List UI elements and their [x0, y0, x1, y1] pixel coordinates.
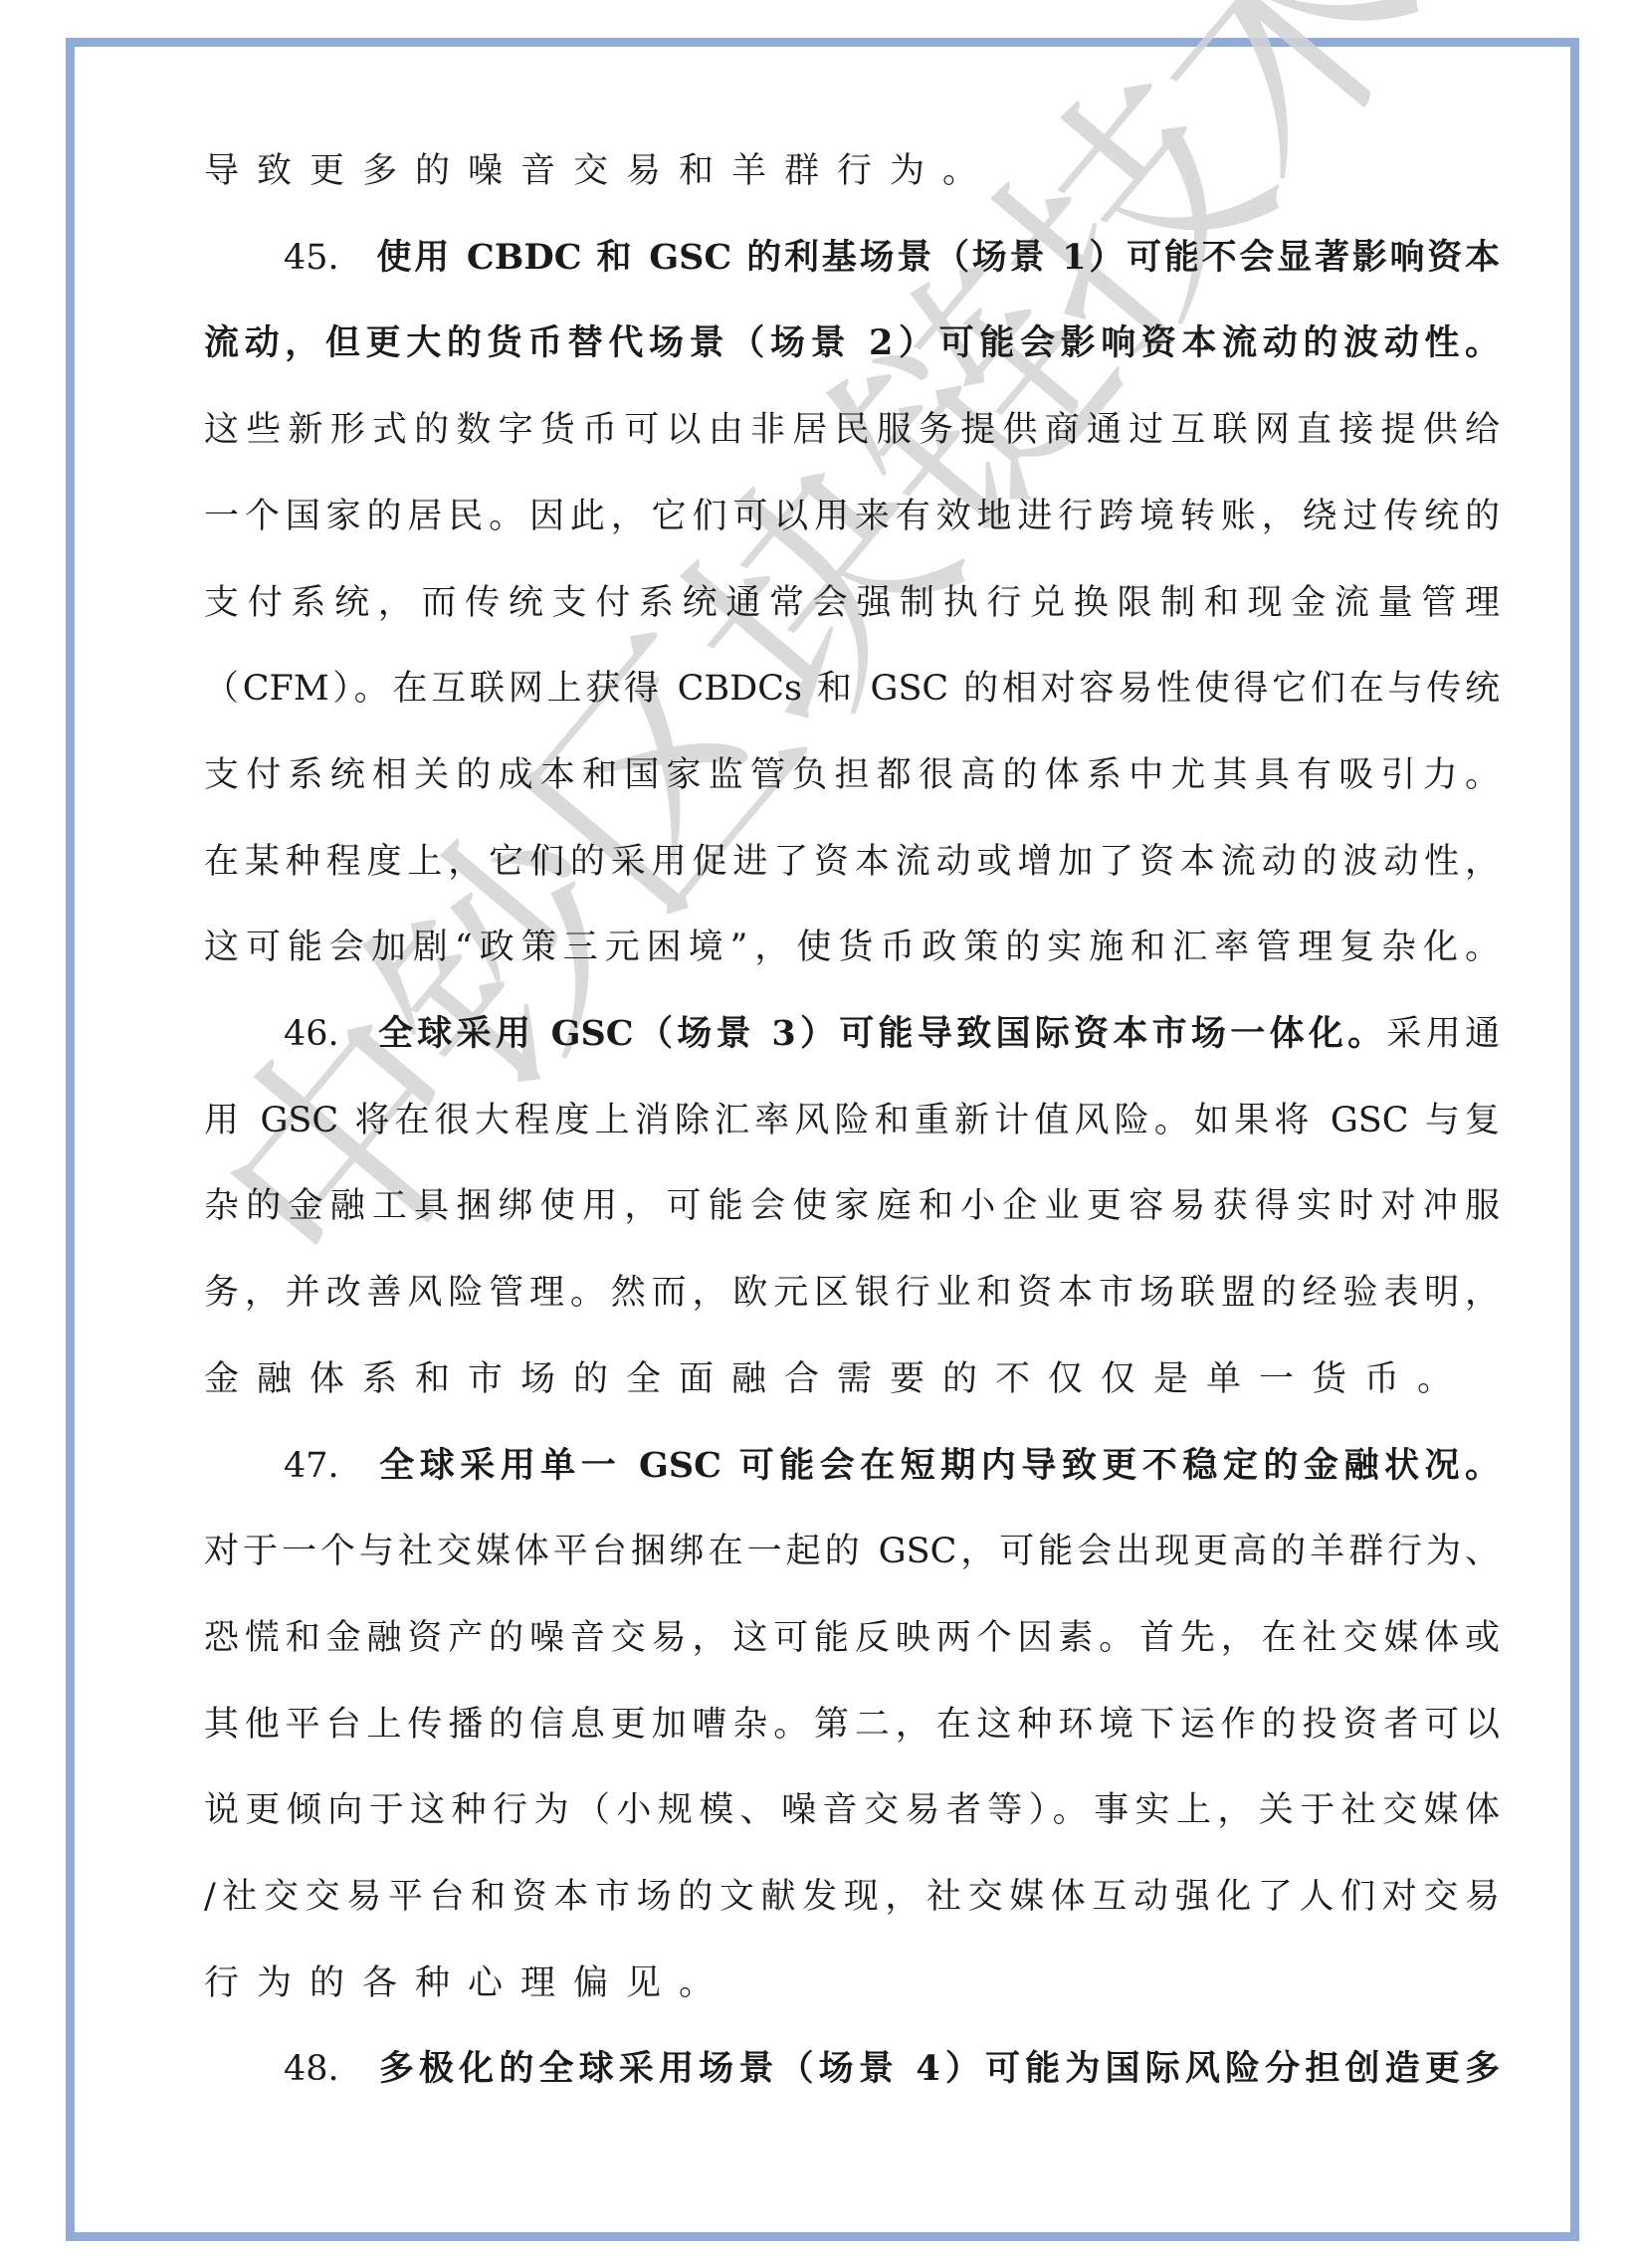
- body-text: 导致更多的噪音交易和羊群行为。: [204, 151, 995, 191]
- body-text: 金融体系和市场的全面融合需要的不仅仅是单一货币。: [204, 1359, 1470, 1399]
- text-line: 务，并改善风险管理。然而，欧元区银行业和资本市场联盟的经验表明，: [204, 1273, 1500, 1313]
- body-text: 采用通: [1386, 1014, 1500, 1054]
- paragraph-number: 46.: [284, 1014, 374, 1054]
- body-text: 在某种程度上，它们的采用促进了资本流动或增加了资本流动的波动性，: [204, 842, 1500, 882]
- bold-lead-sentence: 使用 CBDC 和 GSC 的利基场景（场景 1）可能不会显著影响资本: [374, 237, 1500, 278]
- text-line: 导致更多的噪音交易和羊群行为。: [204, 151, 1500, 191]
- body-text: 恐慌和金融资产的噪音交易，这可能反映两个因素。首先，在社交媒体或: [204, 1618, 1500, 1658]
- text-line: 对于一个与社交媒体平台捆绑在一起的 GSC，可能会出现更高的羊群行为、: [204, 1532, 1500, 1571]
- text-line: 杂的金融工具捆绑使用，可能会使家庭和小企业更容易获得实时对冲服: [204, 1186, 1500, 1226]
- text-line: 这些新形式的数字货币可以由非居民服务提供商通过互联网直接提供给: [204, 410, 1500, 450]
- text-line: 流动，但更大的货币替代场景（场景 2）可能会影响资本流动的波动性。: [204, 323, 1500, 363]
- body-text: 务，并改善风险管理。然而，欧元区银行业和资本市场联盟的经验表明，: [204, 1273, 1500, 1313]
- text-line: /社交交易平台和资本市场的文献发现，社交媒体互动强化了人们对交易: [204, 1877, 1500, 1917]
- bold-lead-sentence: 流动，但更大的货币替代场景（场景 2）可能会影响资本流动的波动性。: [204, 322, 1500, 363]
- text-line: 这可能会加剧“政策三元困境”，使货币政策的实施和汇率管理复杂化。: [204, 928, 1500, 967]
- body-text: 这些新形式的数字货币可以由非居民服务提供商通过互联网直接提供给: [204, 410, 1500, 450]
- body-text: 一个国家的居民。因此，它们可以用来有效地进行跨境转账，绕过传统的: [204, 497, 1500, 536]
- body-text: 杂的金融工具捆绑使用，可能会使家庭和小企业更容易获得实时对冲服: [204, 1186, 1500, 1226]
- paragraph-heading-line: 47. 全球采用单一 GSC 可能会在短期内导致更不稳定的金融状况。: [204, 1446, 1500, 1486]
- body-text: 用 GSC 将在很大程度上消除汇率风险和重新计值风险。如果将 GSC 与复: [204, 1101, 1500, 1140]
- bold-lead-sentence: 全球采用 GSC（场景 3）可能导致国际资本市场一体化。: [374, 1013, 1387, 1054]
- paragraph-number: 48.: [284, 2049, 374, 2089]
- text-line: 在某种程度上，它们的采用促进了资本流动或增加了资本流动的波动性，: [204, 842, 1500, 882]
- paragraph-heading-line: 46. 全球采用 GSC（场景 3）可能导致国际资本市场一体化。采用通: [204, 1014, 1500, 1054]
- paragraph-heading-line: 48. 多极化的全球采用场景（场景 4）可能为国际风险分担创造更多: [204, 2049, 1500, 2089]
- text-line: 支付系统，而传统支付系统通常会强制执行兑换限制和现金流量管理: [204, 583, 1500, 623]
- text-line: 说更倾向于这种行为（小规模、噪音交易者等）。事实上，关于社交媒体: [204, 1790, 1500, 1830]
- paragraph-heading-line: 45. 使用 CBDC 和 GSC 的利基场景（场景 1）可能不会显著影响资本: [204, 238, 1500, 278]
- text-line: 金融体系和市场的全面融合需要的不仅仅是单一货币。: [204, 1359, 1500, 1399]
- text-line: 行为的各种心理偏见。: [204, 1963, 1500, 2003]
- text-line: 其他平台上传播的信息更加嘈杂。第二，在这种环境下运作的投资者可以: [204, 1705, 1500, 1745]
- body-text: 对于一个与社交媒体平台捆绑在一起的 GSC，可能会出现更高的羊群行为、: [204, 1532, 1500, 1571]
- text-line: 支付系统相关的成本和国家监管负担都很高的体系中尤其具有吸引力。: [204, 755, 1500, 795]
- body-text: 支付系统相关的成本和国家监管负担都很高的体系中尤其具有吸引力。: [204, 755, 1500, 795]
- text-line: 一个国家的居民。因此，它们可以用来有效地进行跨境转账，绕过传统的: [204, 497, 1500, 536]
- body-text: 行为的各种心理偏见。: [204, 1963, 731, 2003]
- paragraph-number: 45.: [284, 238, 374, 278]
- text-line: 用 GSC 将在很大程度上消除汇率风险和重新计值风险。如果将 GSC 与复: [204, 1101, 1500, 1140]
- paragraph-number: 47.: [284, 1446, 374, 1486]
- body-text: 支付系统，而传统支付系统通常会强制执行兑换限制和现金流量管理: [204, 583, 1500, 623]
- text-line: （CFM）。在互联网上获得 CBDCs 和 GSC 的相对容易性使得它们在与传统: [204, 669, 1500, 709]
- bold-lead-sentence: 多极化的全球采用场景（场景 4）可能为国际风险分担创造更多: [374, 2048, 1500, 2089]
- body-text: 说更倾向于这种行为（小规模、噪音交易者等）。事实上，关于社交媒体: [204, 1790, 1500, 1830]
- text-line: 恐慌和金融资产的噪音交易，这可能反映两个因素。首先，在社交媒体或: [204, 1618, 1500, 1658]
- body-text: 其他平台上传播的信息更加嘈杂。第二，在这种环境下运作的投资者可以: [204, 1705, 1500, 1745]
- bold-lead-sentence: 全球采用单一 GSC 可能会在短期内导致更不稳定的金融状况。: [374, 1445, 1500, 1486]
- body-text: /社交交易平台和资本市场的文献发现，社交媒体互动强化了人们对交易: [204, 1877, 1500, 1917]
- body-text: 这可能会加剧“政策三元困境”，使货币政策的实施和汇率管理复杂化。: [204, 928, 1500, 967]
- body-text: （CFM）。在互联网上获得 CBDCs 和 GSC 的相对容易性使得它们在与传统: [204, 669, 1500, 709]
